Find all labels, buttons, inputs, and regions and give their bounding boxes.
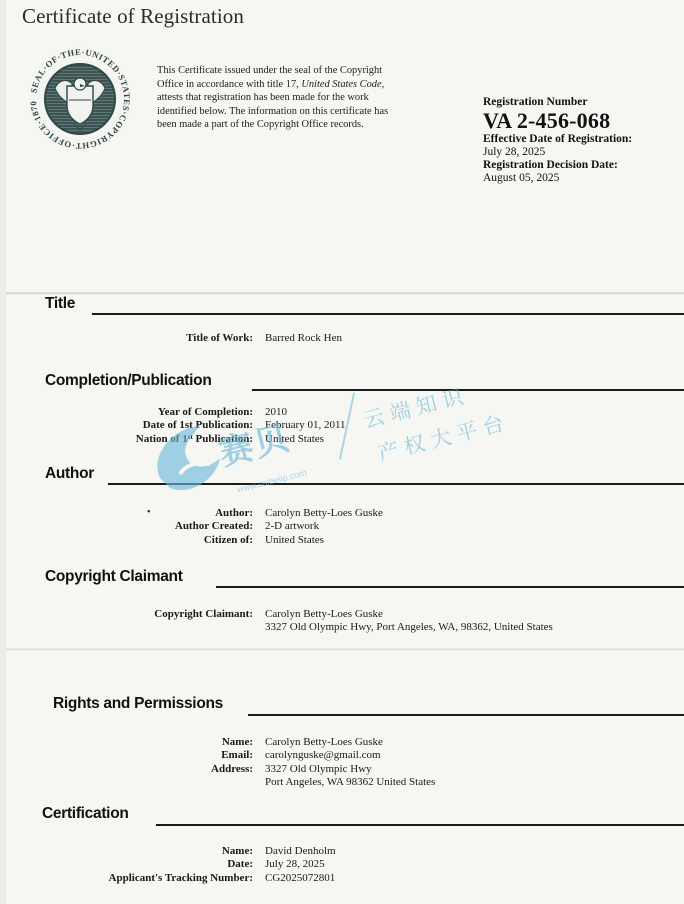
author-fields: Author: Carolyn Betty-Loes Guske Author … [80, 507, 383, 547]
document-title: Certificate of Registration [22, 4, 244, 29]
decision-date-label: Registration Decision Date: [483, 159, 683, 172]
copyright-office-seal-icon: SEAL·OF·THE·UNITED·STATES·COPYRIGHT·OFFI… [25, 44, 135, 154]
field-rights-address-line2: Port Angeles, WA 98362 United States [80, 776, 435, 789]
effective-date: July 28, 2025 [483, 146, 683, 159]
section-heading-certification: Certification [42, 805, 129, 823]
section-rule [248, 714, 684, 716]
section-heading-author: Author [45, 465, 94, 483]
section-heading-completion: Completion/Publication [45, 372, 211, 390]
field-nation-of-first-publication: Nation of 1st Publication: United States [80, 433, 346, 446]
field-certification-name: Name: David Denholm [70, 845, 336, 858]
statement-line: identified below. The information on thi… [157, 105, 457, 119]
field-claimant-address: 3327 Old Olympic Hwy, Port Angeles, WA, … [80, 621, 553, 634]
field-date-of-first-publication: Date of 1st Publication: February 01, 20… [80, 419, 346, 432]
registration-number: VA 2-456-068 [483, 109, 683, 133]
section-heading-title: Title [45, 295, 75, 313]
field-title-of-work: Title of Work: Barred Rock Hen [120, 332, 342, 345]
section-heading-claimant: Copyright Claimant [45, 568, 183, 586]
section-rule [252, 389, 684, 391]
field-rights-name: Name: Carolyn Betty-Loes Guske [80, 736, 435, 749]
field-rights-address: Address: 3327 Old Olympic Hwy [80, 763, 435, 776]
field-author-created: Author Created: 2-D artwork [80, 520, 383, 533]
field-certification-date: Date: July 28, 2025 [70, 858, 336, 871]
effective-date-label: Effective Date of Registration: [483, 133, 683, 146]
decision-date: August 05, 2025 [483, 172, 683, 185]
completion-fields: Year of Completion: 2010 Date of 1st Pub… [80, 406, 346, 446]
statement-line: been made a part of the Copyright Office… [157, 118, 457, 132]
rights-fields: Name: Carolyn Betty-Loes Guske Email: ca… [80, 736, 435, 789]
field-rights-email: Email: carolynguske@gmail.com [80, 749, 435, 762]
page-edge [0, 0, 6, 904]
section-rule [216, 586, 684, 588]
statement-line: This Certificate issued under the seal o… [157, 64, 457, 78]
field-tracking-number: Applicant's Tracking Number: CG202507280… [70, 872, 336, 885]
title-fields: Title of Work: Barred Rock Hen [120, 332, 342, 345]
field-citizen-of: Citizen of: United States [80, 534, 383, 547]
claimant-fields: Copyright Claimant: Carolyn Betty-Loes G… [80, 608, 553, 635]
statement-line: attests that registration has been made … [157, 91, 457, 105]
statement-line: Office in accordance with title 17, Unit… [157, 78, 457, 92]
section-heading-rights: Rights and Permissions [53, 695, 223, 713]
field-copyright-claimant: Copyright Claimant: Carolyn Betty-Loes G… [80, 608, 553, 621]
certificate-statement: This Certificate issued under the seal o… [157, 64, 457, 132]
section-rule [156, 824, 684, 826]
section-rule [108, 483, 684, 485]
field-year-of-completion: Year of Completion: 2010 [80, 406, 346, 419]
certification-fields: Name: David Denholm Date: July 28, 2025 … [70, 845, 336, 885]
registration-info: Registration Number VA 2-456-068 Effecti… [483, 96, 683, 185]
field-author: Author: Carolyn Betty-Loes Guske [80, 507, 383, 520]
section-rule [92, 313, 684, 315]
